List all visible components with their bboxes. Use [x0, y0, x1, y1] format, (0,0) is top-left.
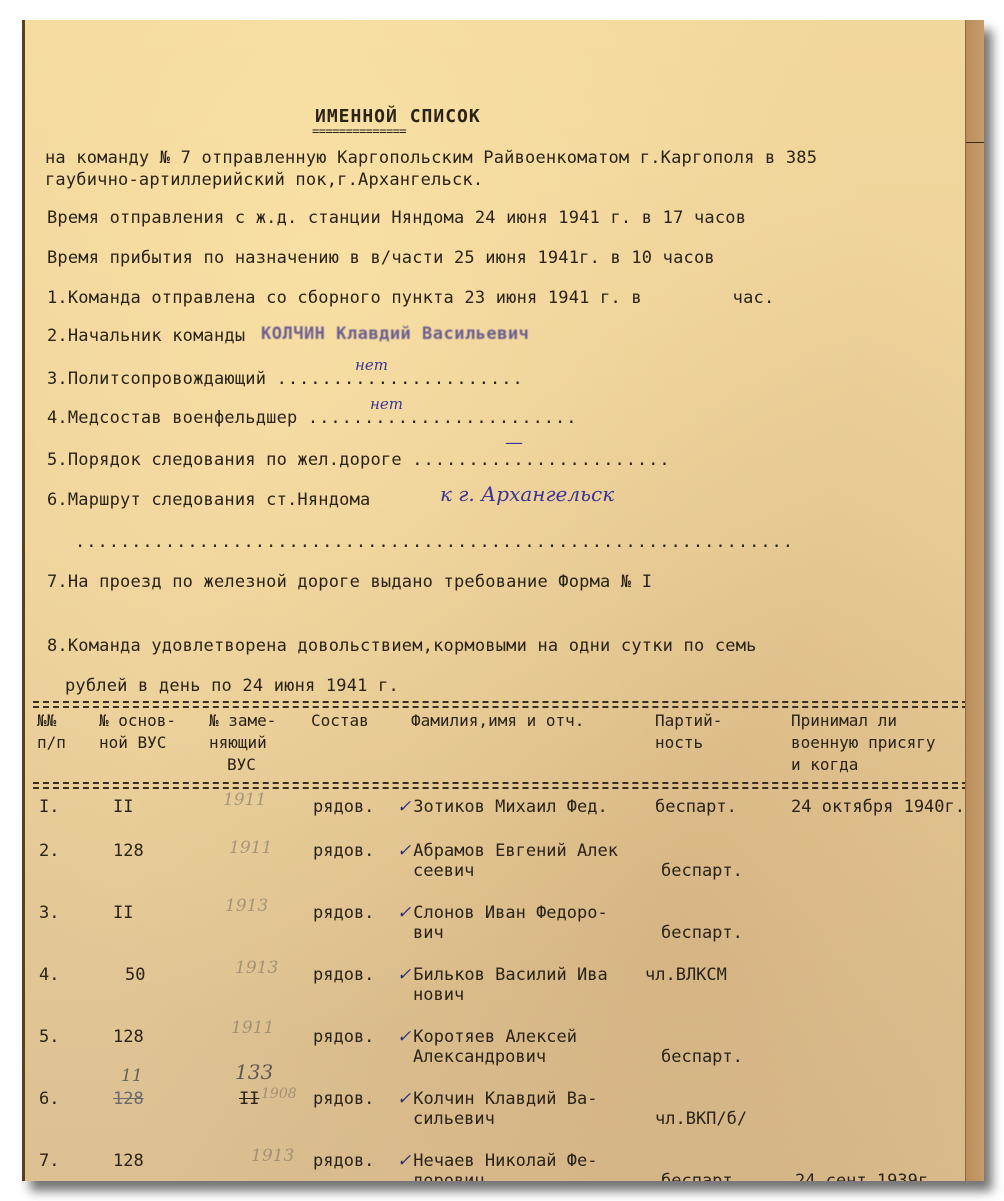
check-mark-icon: ✓	[397, 797, 411, 817]
row-name: ✓Зотиков Михаил Фед.	[397, 796, 608, 818]
item-5-rail-order: 5.Порядок следования по жел.дороге .....…	[47, 450, 671, 470]
row-rank: рядов.	[313, 1150, 374, 1172]
row-alt-vus-correction: 133	[235, 1060, 273, 1084]
paper-sheet: ИМЕННОЙ СПИСОК ============== на команду…	[22, 20, 969, 1181]
item-1-suffix: час.	[733, 288, 775, 308]
col-header-alt-vus-l2: няющий	[209, 732, 276, 754]
table-top-rule	[33, 701, 978, 703]
row-rank: рядов.	[313, 1026, 374, 1048]
row-rank: рядов.	[313, 902, 374, 924]
row-pencil-note: 1911	[223, 790, 266, 810]
row-name: ✓Слонов Иван Федоро-	[397, 902, 608, 924]
row-main-vus: 128	[113, 1150, 144, 1172]
item-7-rail-voucher: 7.На проезд по железной дороге выдано тр…	[47, 572, 652, 592]
table-header-bottom-rule	[33, 782, 978, 784]
col-header-party: Партий- ность	[655, 710, 722, 754]
item-3-handwritten: нет	[355, 356, 388, 374]
row-number: 7.	[39, 1150, 59, 1172]
item-4-handwritten: нет	[370, 395, 403, 413]
row-party: беспарт.	[661, 1046, 743, 1068]
intro-line-1: на команду № 7 отправленную Каргопольски…	[45, 148, 817, 168]
row-oath: 24 сент.1939г.	[795, 1170, 938, 1181]
row-name: ✓Коротяев Алексей	[397, 1026, 577, 1048]
col-header-party-l2: ность	[655, 732, 722, 754]
row-pencil-note: 1913	[235, 958, 278, 978]
row-name-line-1: Абрамов Евгений Алек	[413, 841, 618, 861]
row-number: I.	[39, 796, 59, 818]
row-name-line-2: сеевич	[413, 860, 474, 882]
row-pencil-note: 1911	[231, 1018, 274, 1038]
row-pencil-note: 1908	[261, 1086, 297, 1102]
row-main-vus-correction: 11	[121, 1066, 143, 1086]
row-main-vus: II	[113, 902, 133, 924]
item-2-label: 2.Начальник команды	[47, 326, 245, 346]
item-6-handwritten-destination: к г. Архангельск	[440, 482, 614, 506]
col-header-alt-vus-l3: ВУС	[209, 754, 276, 776]
row-number: 6.	[39, 1088, 59, 1110]
col-header-main-vus: № основ- ной ВУС	[99, 710, 176, 754]
row-name-line-2: Александрович	[413, 1046, 546, 1068]
row-rank: рядов.	[313, 840, 374, 862]
item-3-dots: ......................	[277, 369, 524, 389]
row-name-line-2: сильевич	[413, 1108, 495, 1130]
row-number: 2.	[39, 840, 59, 862]
item-4-label: 4.Медсостав военфельдшер	[47, 408, 297, 428]
col-header-number-l1: №№	[37, 710, 66, 732]
row-party: чл.ВЛКСМ	[645, 964, 727, 986]
row-number: 3.	[39, 902, 59, 924]
row-party: беспарт.	[655, 796, 737, 818]
check-mark-icon: ✓	[397, 1027, 411, 1047]
row-name: ✓Колчин Клавдий Ва-	[397, 1088, 597, 1110]
item-5-handwritten-dash: —	[505, 432, 523, 453]
document-photo: ИМЕННОЙ СПИСОК ============== на команду…	[22, 20, 984, 1181]
row-name-line-2: нович	[413, 984, 464, 1006]
row-name-line-1: Колчин Клавдий Ва-	[413, 1089, 597, 1109]
row-main-vus: 50	[125, 964, 145, 986]
row-name-line-1: Бильков Василий Ива	[413, 965, 607, 985]
col-header-number-l2: п/п	[37, 732, 66, 754]
row-main-vus: 128	[113, 1026, 144, 1048]
row-main-vus: II	[113, 796, 133, 818]
col-header-oath-l2: военную присягу	[791, 732, 936, 754]
row-name-line-1: Нечаев Николай Фе-	[413, 1151, 597, 1171]
row-name-line-2: вич	[413, 922, 444, 944]
col-header-alt-vus-l1: № заме-	[209, 710, 276, 732]
item-8-rations-cont: рублей в день по 24 июня 1941 г.	[65, 676, 399, 696]
page-edge-mark	[966, 142, 984, 143]
row-alt-vus-struck: II	[239, 1088, 259, 1110]
check-mark-icon: ✓	[397, 965, 411, 985]
adjacent-page-edge	[965, 20, 984, 1181]
check-mark-icon: ✓	[397, 841, 411, 861]
item-4-dots: ........................	[308, 408, 578, 428]
item-6-route: 6.Маршрут следования ст.Няндома	[47, 490, 370, 510]
row-name: ✓Нечаев Николай Фе-	[397, 1150, 597, 1172]
row-number: 4.	[39, 964, 59, 986]
check-mark-icon: ✓	[397, 1089, 411, 1109]
col-header-oath: Принимал ли военную присягу и когда	[791, 710, 936, 776]
row-rank: рядов.	[313, 796, 374, 818]
row-pencil-note: 1911	[229, 838, 272, 858]
item-2-commander: 2.Начальник команды	[47, 326, 245, 346]
item-4-medical-staff: 4.Медсостав военфельдшер ...............…	[47, 408, 578, 428]
row-name: ✓Абрамов Евгений Алек	[397, 840, 618, 862]
row-rank: рядов.	[313, 1088, 374, 1110]
item-5-dots: .......................	[412, 450, 670, 470]
col-header-party-l1: Партий-	[655, 710, 722, 732]
col-header-main-vus-l2: ной ВУС	[99, 732, 176, 754]
row-name: ✓Бильков Василий Ива	[397, 964, 608, 986]
row-main-vus: 128	[113, 840, 144, 862]
row-party: чл.ВКП/б/	[655, 1108, 747, 1130]
col-header-full-name-l1: Фамилия,имя и отч.	[411, 710, 584, 732]
check-mark-icon: ✓	[397, 903, 411, 923]
row-pencil-note: 1913	[225, 896, 268, 916]
col-header-full-name: Фамилия,имя и отч.	[411, 710, 584, 732]
route-dotted-line: ........................................…	[75, 532, 794, 552]
col-header-rank-l1: Состав	[311, 710, 369, 732]
row-rank: рядов.	[313, 964, 374, 986]
item-3-political-escort: 3.Политсопровождающий ..................…	[47, 369, 524, 389]
row-party: беспарт.	[661, 860, 743, 882]
title-underline: ==============	[312, 124, 406, 138]
row-name-line-2: дорович	[413, 1170, 485, 1181]
row-party: беспарт.	[661, 922, 743, 944]
item-1-assembly: 1.Команда отправлена со сборного пункта …	[47, 288, 774, 308]
departure-line: Время отправления с ж.д. станции Няндома…	[47, 208, 746, 228]
col-header-oath-l3: и когда	[791, 754, 936, 776]
item-1-label: 1.Команда отправлена со сборного пункта …	[47, 288, 642, 308]
check-mark-icon: ✓	[397, 1151, 411, 1171]
col-header-alt-vus: № заме- няющий ВУС	[209, 710, 276, 776]
arrival-line: Время прибытия по назначению в в/части 2…	[47, 248, 715, 268]
item-8-rations: 8.Команда удовлетворена довольствием,кор…	[47, 636, 757, 656]
row-name-line-1: Зотиков Михаил Фед.	[413, 797, 607, 817]
row-oath: 24 октября 1940г.	[791, 796, 965, 818]
col-header-number: №№ п/п	[37, 710, 66, 754]
row-main-vus-struck: 128	[113, 1088, 144, 1110]
col-header-main-vus-l1: № основ-	[99, 710, 176, 732]
row-name-line-1: Коротяев Алексей	[413, 1027, 577, 1047]
row-name-line-1: Слонов Иван Федоро-	[413, 903, 607, 923]
col-header-rank: Состав	[311, 710, 369, 732]
item-3-label: 3.Политсопровождающий	[47, 369, 266, 389]
row-pencil-note: 1913	[251, 1146, 294, 1166]
col-header-oath-l1: Принимал ли	[791, 710, 936, 732]
item-5-label: 5.Порядок следования по жел.дороге	[47, 450, 402, 470]
intro-line-2: гаубично-артиллерийский пок,г.Архангельс…	[45, 170, 483, 190]
commander-name-stamp: КОЛЧИН Клавдий Васильевич	[261, 324, 529, 344]
row-party: беспарт.	[661, 1170, 743, 1181]
item-6-label: 6.Маршрут следования ст.Няндома	[47, 490, 370, 510]
row-number: 5.	[39, 1026, 59, 1048]
